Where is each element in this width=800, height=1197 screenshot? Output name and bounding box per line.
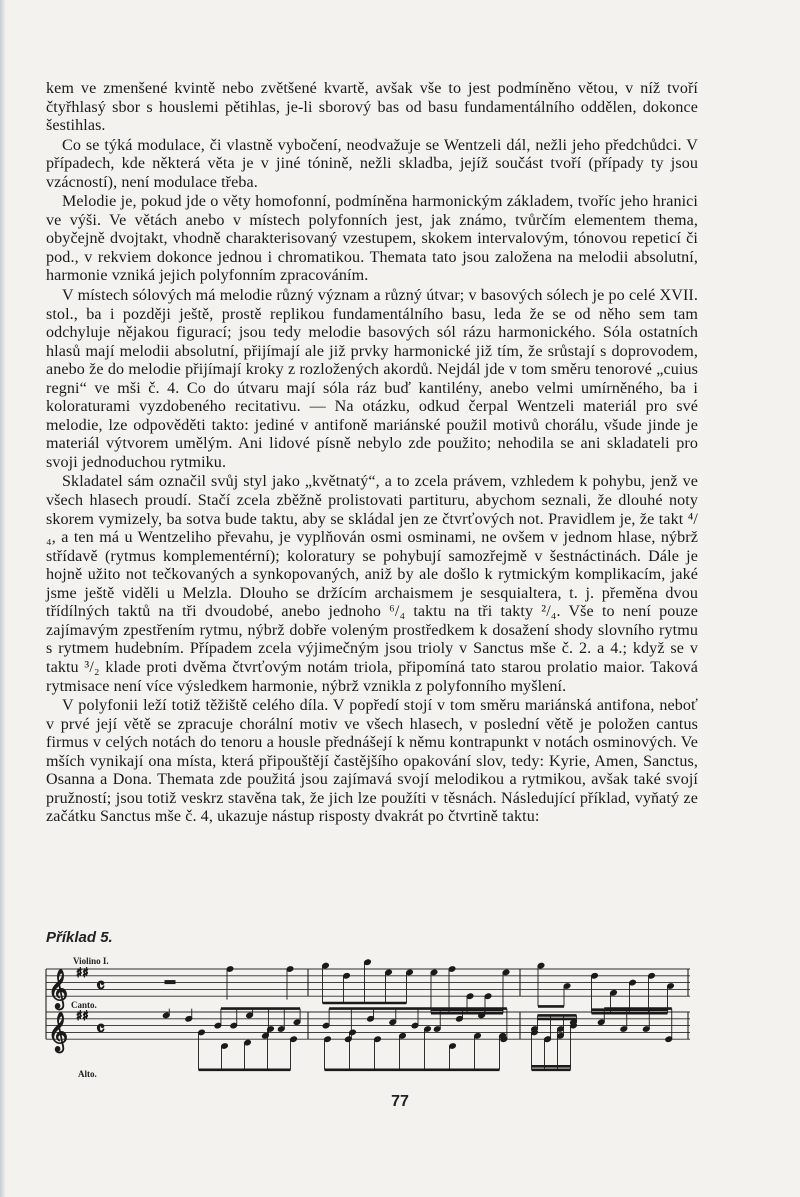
staff-label-alto: Alto. (78, 1069, 97, 1079)
svg-text:𝄞: 𝄞 (48, 1012, 68, 1053)
staff-label-violin: Violino I. (73, 956, 109, 966)
paragraph: V místech sólových má melodie různý význ… (46, 287, 698, 472)
staff-label-canto: Canto. (71, 1000, 97, 1010)
paragraph: Melodie je, pokud jde o věty homofonní, … (46, 193, 698, 286)
svg-text:𝄴: 𝄴 (96, 1016, 105, 1040)
svg-text:𝄴: 𝄴 (96, 973, 105, 997)
page-number: 77 (0, 1093, 800, 1111)
music-example: 𝄞♯♯𝄴𝄞♯♯𝄴 Violino I. Canto. Alto. (40, 950, 710, 1080)
page-edge (0, 0, 5, 1197)
example-title: Příklad 5. (46, 929, 113, 946)
paragraph: V polyfonii leží totiž těžiště celého dí… (46, 697, 698, 827)
paragraph: kem ve zmenšené kvintě nebo zvětšené kva… (46, 80, 698, 136)
svg-text:♯♯: ♯♯ (76, 966, 89, 981)
paragraph: Skladatel sám označil svůj styl jako „kv… (46, 473, 698, 696)
svg-text:♯♯: ♯♯ (76, 1009, 89, 1024)
paragraph: Co se týká modulace, či vlastně vybočení… (46, 137, 698, 193)
svg-text:𝄞: 𝄞 (48, 969, 68, 1010)
body-text: kem ve zmenšené kvintě nebo zvětšené kva… (46, 80, 698, 827)
